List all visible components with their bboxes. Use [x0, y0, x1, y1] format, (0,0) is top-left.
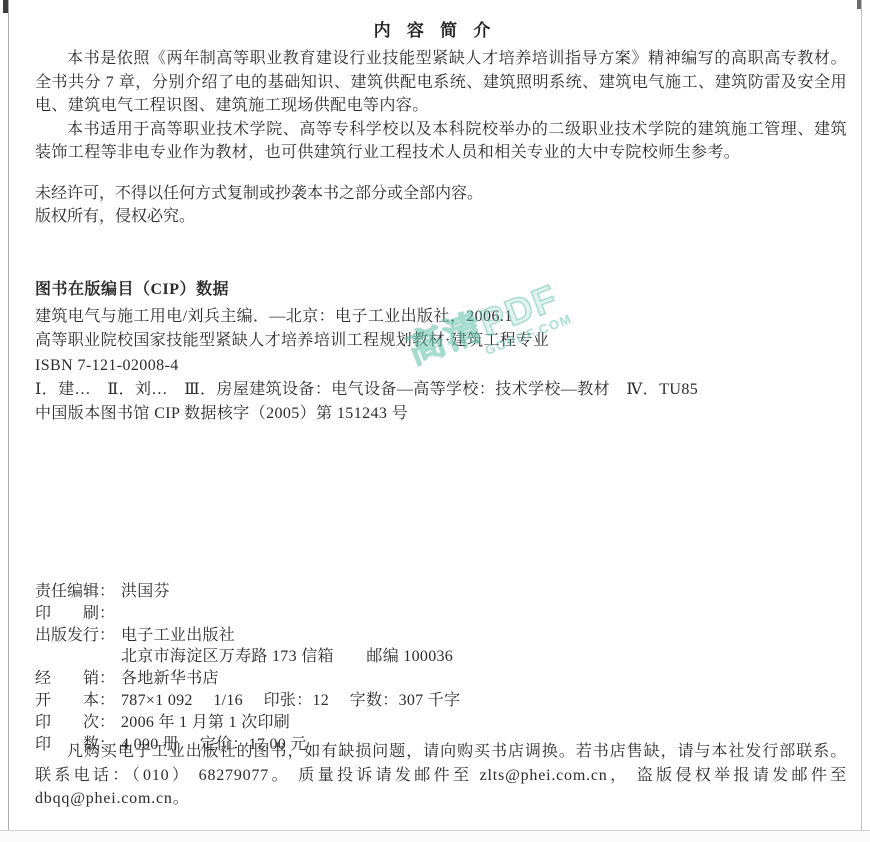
page-border-right	[861, 0, 862, 830]
cip-line: 建筑电气与施工用电/刘兵主编．—北京：电子工业出版社，2006.1	[35, 305, 847, 329]
pub-value: 洪国芬	[121, 581, 847, 603]
page-border-left	[8, 0, 9, 830]
pub-value: 北京市海淀区万寿路 173 信箱 邮编 100036	[121, 646, 847, 668]
scan-margin-bottom	[0, 831, 870, 842]
cip-heading: 图书在版编目（CIP）数据	[35, 276, 847, 299]
pub-label: 经 销：	[35, 668, 121, 690]
cip-line-isbn: ISBN 7-121-02008-4	[35, 354, 847, 378]
content-summary: 本书是依照《两年制高等职业教育建设行业技能型紧缺人才培养培训指导方案》精神编写的…	[35, 47, 847, 165]
pub-label: 印 刷：	[35, 603, 121, 625]
summary-paragraph-1: 本书是依照《两年制高等职业教育建设行业技能型紧缺人才培养培训指导方案》精神编写的…	[35, 47, 847, 118]
cip-block: 图书在版编目（CIP）数据 建筑电气与施工用电/刘兵主编．—北京：电子工业出版社…	[35, 276, 847, 426]
cip-line: 高等职业院校国家技能型紧缺人才培养培训工程规划教材·建筑工程专业	[35, 329, 847, 353]
copyright-line-2: 版权所有，侵权必究。	[35, 205, 847, 228]
pub-row-address: 北京市海淀区万寿路 173 信箱 邮编 100036	[35, 646, 847, 668]
pub-row-editor: 责任编辑： 洪国芬	[35, 581, 847, 603]
book-copyright-page: 内 容 简 介 本书是依照《两年制高等职业教育建设行业技能型紧缺人才培养培训指导…	[0, 0, 870, 842]
purchase-contact-note: 凡购买电子工业出版社的图书，如有缺损问题，请向购买书店调换。若书店售缺，请与本社…	[35, 740, 847, 811]
pub-label: 开 本：	[35, 690, 121, 712]
pub-value	[121, 603, 847, 625]
pub-label: 出版发行：	[35, 625, 121, 647]
pub-label: 责任编辑：	[35, 581, 121, 603]
pub-row-format: 开 本： 787×1 092 1/16 印张：12 字数：307 千字	[35, 690, 847, 712]
pub-row-print-run-date: 印 次： 2006 年 1 月第 1 次印刷	[35, 712, 847, 734]
copyright-notice: 未经许可，不得以任何方式复制或抄袭本书之部分或全部内容。 版权所有，侵权必究。	[35, 182, 847, 228]
summary-paragraph-2: 本书适用于高等职业技术学院、高等专科学校以及本科院校举办的二级职业技术学院的建筑…	[35, 118, 847, 165]
purchase-contact-text: 凡购买电子工业出版社的图书，如有缺损问题，请向购买书店调换。若书店售缺，请与本社…	[35, 740, 847, 811]
page-title: 内 容 简 介	[0, 16, 870, 41]
pub-label: 印 次：	[35, 712, 121, 734]
pub-value: 各地新华书店	[121, 668, 847, 690]
cip-line-classification: Ⅰ．建… Ⅱ．刘… Ⅲ．房屋建筑设备：电气设备—高等学校：技术学校—教材 Ⅳ．T…	[35, 378, 847, 402]
pub-value: 787×1 092 1/16 印张：12 字数：307 千字	[121, 690, 847, 712]
pub-value: 电子工业出版社	[121, 625, 847, 647]
cip-line-record-number: 中国版本图书馆 CIP 数据核字（2005）第 151243 号	[35, 402, 847, 426]
pub-row-publisher: 出版发行： 电子工业出版社	[35, 625, 847, 647]
pub-row-distribution: 经 销： 各地新华书店	[35, 668, 847, 690]
pub-value: 2006 年 1 月第 1 次印刷	[121, 712, 847, 734]
pub-label	[35, 646, 121, 668]
pub-row-printer: 印 刷：	[35, 603, 847, 625]
publication-info: 责任编辑： 洪国芬 印 刷： 出版发行： 电子工业出版社 北京市海淀区万寿路 1…	[35, 581, 847, 755]
copyright-line-1: 未经许可，不得以任何方式复制或抄袭本书之部分或全部内容。	[35, 182, 847, 205]
